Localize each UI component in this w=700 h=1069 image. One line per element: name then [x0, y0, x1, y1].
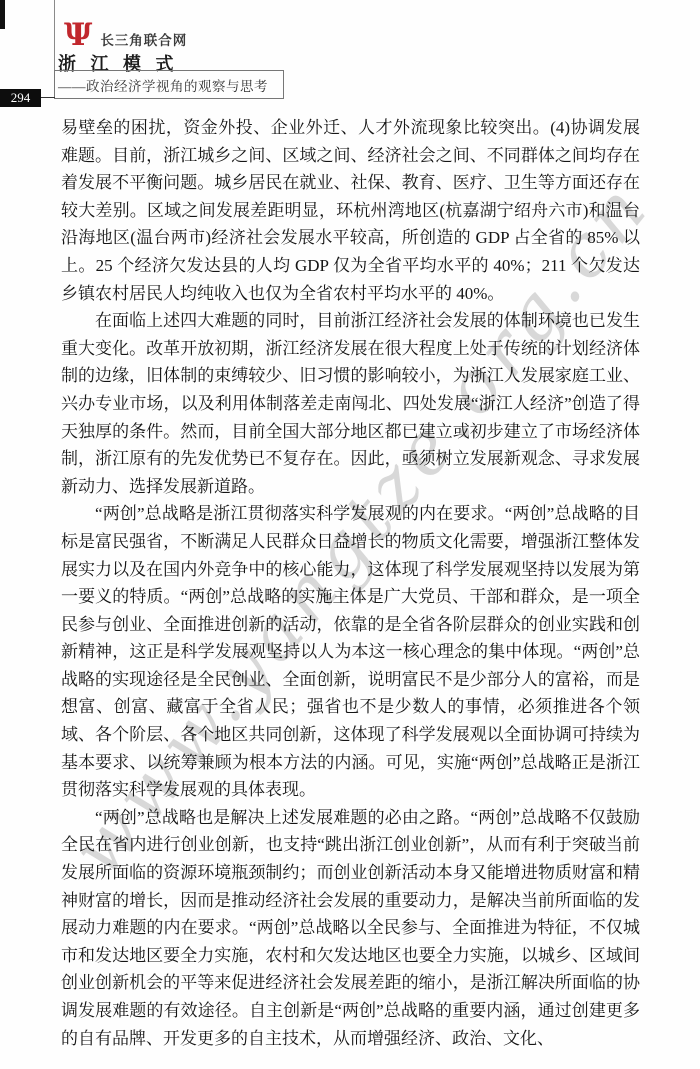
paragraph: 在面临上述四大难题的同时，目前浙江经济社会发展的体制环境也已发生重大变化。改革开… [61, 307, 640, 500]
page-body-text: 易壁垒的困扰，资金外投、企业外迁、人才外流现象比较突出。(4)协调发展难题。目前… [61, 114, 640, 1052]
scan-edge-mark [0, 0, 5, 29]
site-logo: Ψ 长三角联合网 [64, 20, 187, 51]
paragraph-continuation: 易壁垒的困扰，资金外投、企业外迁、人才外流现象比较突出。(4)协调发展难题。目前… [61, 114, 640, 307]
page-number-connector-line [41, 97, 55, 98]
yangtze-logo-icon: Ψ [64, 20, 92, 51]
book-page: Ψ 长三角联合网 浙 江 模 式 ——政治经济学视角的观察与思考 294 www… [0, 0, 700, 1069]
book-subtitle: ——政治经济学视角的观察与思考 [55, 75, 268, 95]
page-number-tab: 294 [0, 89, 41, 107]
site-name: 长三角联合网 [100, 23, 187, 49]
book-subtitle-box: ——政治经济学视角的观察与思考 [54, 70, 284, 99]
paragraph: “两创”总战略是浙江贯彻落实科学发展观的内在要求。“两创”总战略的目标是富民强省… [61, 500, 640, 804]
paragraph: “两创”总战略也是解决上述发展难题的必由之路。“两创”总战略不仅鼓励全民在省内进… [61, 804, 640, 1052]
header-vertical-rule [54, 0, 55, 70]
